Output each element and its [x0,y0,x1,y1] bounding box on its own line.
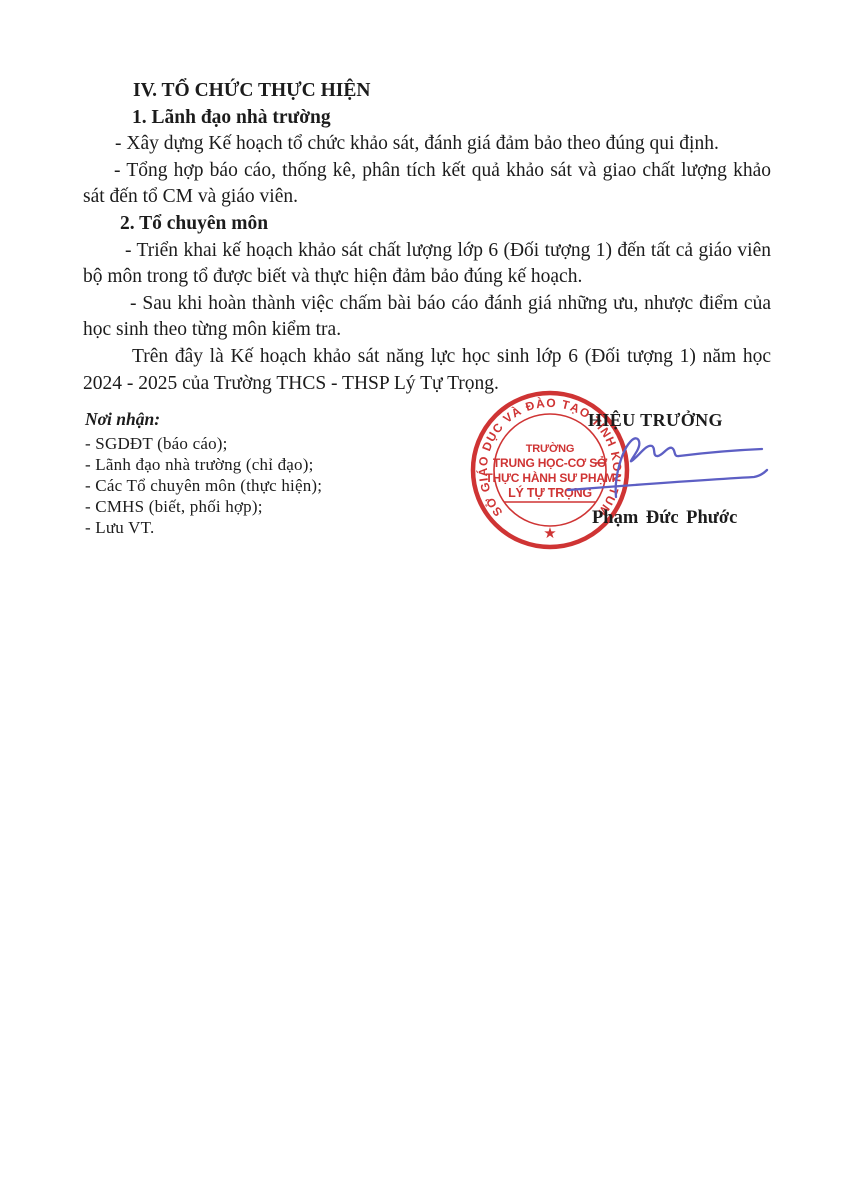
signature-stroke-main [616,438,762,497]
star-icon: ★ [543,526,556,542]
signer-name: Phạm Đức Phước [592,508,737,529]
recipient-item: - Các Tổ chuyên môn (thực hiện); [85,475,322,496]
section-heading: IV. TỔ CHỨC THỰC HIỆN [133,78,771,105]
recipient-item: - CMHS (biết, phối hợp); [85,496,322,517]
paragraph-s2-item1: - Triển khai kế hoạch khảo sát chất lượn… [83,238,771,291]
paragraph-s2-item2: - Sau khi hoàn thành việc chấm bài báo c… [83,291,771,344]
signature-stroke-underline [568,470,767,490]
recipient-item: - SGDĐT (báo cáo); [85,433,322,454]
subsection-1-title: 1. Lãnh đạo nhà trường [132,105,771,132]
paragraph-s1-item1: - Xây dựng Kế hoạch tổ chức khảo sát, đá… [83,131,771,158]
recipients-label: Nơi nhận: [85,409,322,430]
document-body: IV. TỔ CHỨC THỰC HIỆN 1. Lãnh đạo nhà tr… [83,78,771,397]
subsection-2-title: 2. Tổ chuyên môn [120,211,771,238]
recipient-item: - Lưu VT. [85,517,322,538]
document-page: IV. TỔ CHỨC THỰC HIỆN 1. Lãnh đạo nhà tr… [0,0,849,1200]
closing-paragraph: Trên đây là Kế hoạch khảo sát năng lực h… [83,344,771,397]
handwritten-signature [540,415,790,510]
recipients-block: Nơi nhận: - SGDĐT (báo cáo); - Lãnh đạo … [85,409,322,538]
recipient-item: - Lãnh đạo nhà trường (chỉ đạo); [85,454,322,475]
paragraph-s1-item2: - Tổng hợp báo cáo, thống kê, phân tích … [83,158,771,211]
